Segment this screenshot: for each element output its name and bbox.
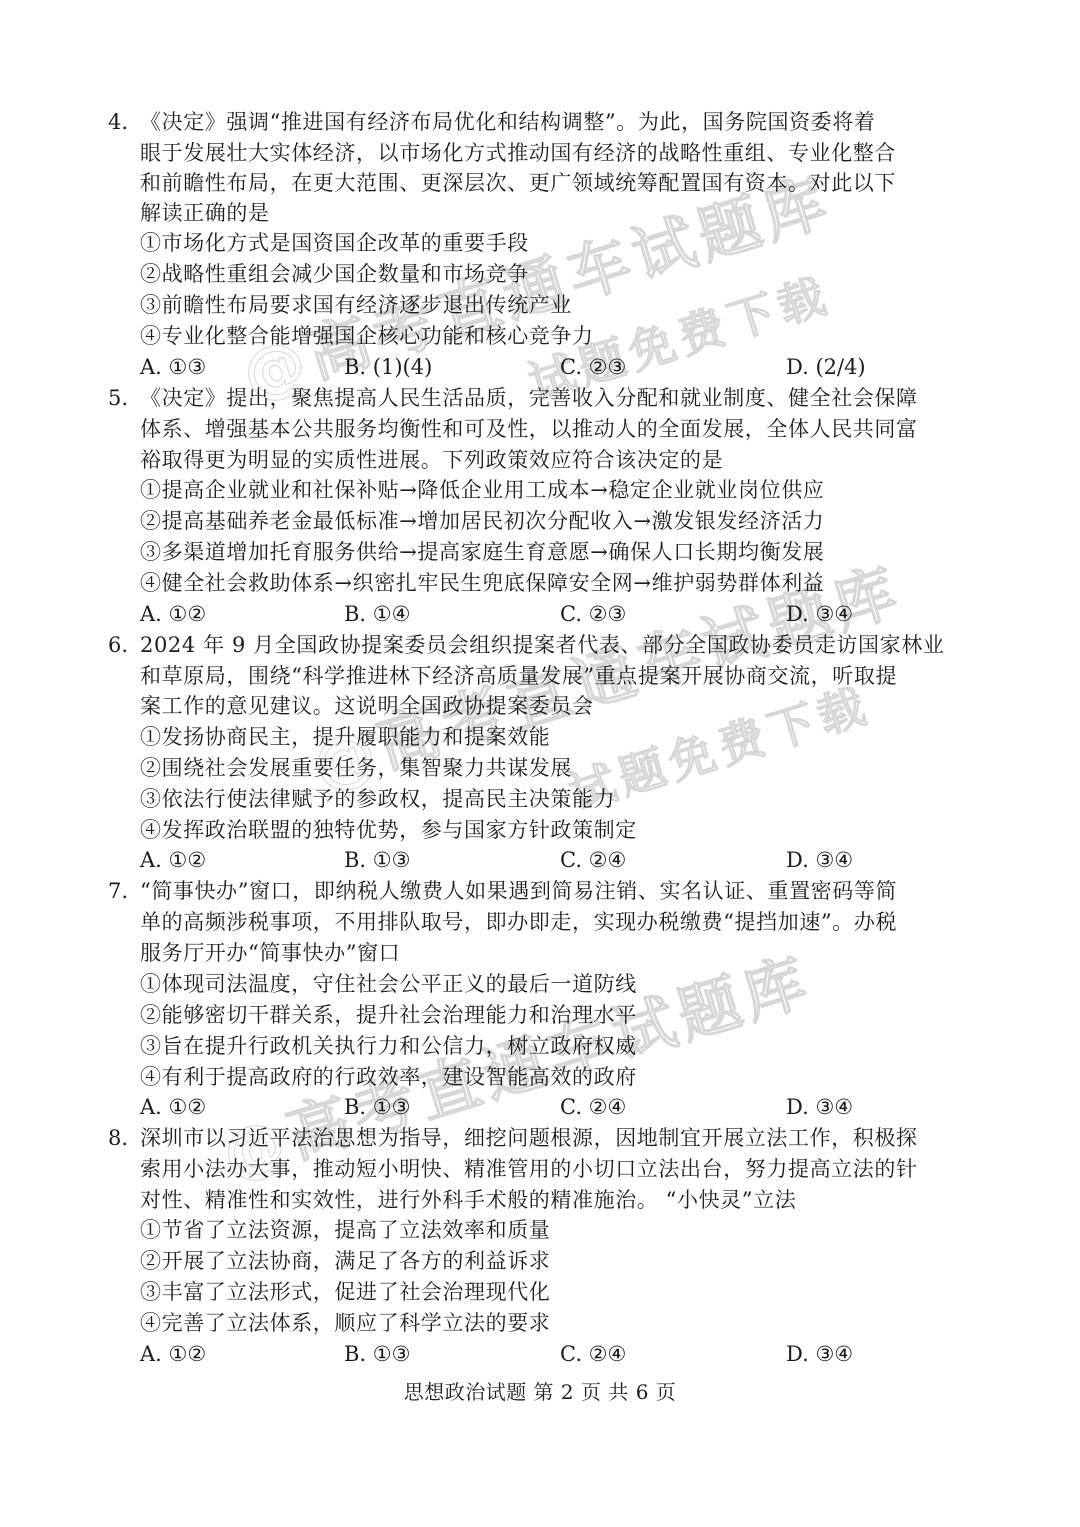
question-stem-line: 案工作的意见建议。这说明全国政协提案委员会 [140, 691, 594, 721]
statement: ①提高企业就业和社保补贴→降低企业用工成本→稳定企业就业岗位供应 [140, 475, 824, 505]
statement: ②能够密切干群关系，提升社会治理能力和治理水平 [140, 1000, 637, 1030]
choice-c: C. ②③ [560, 599, 626, 629]
choice-d: D. ③④ [786, 599, 853, 629]
statement: ①体现司法温度，守住社会公平正义的最后一道防线 [140, 969, 637, 999]
statement: ④有利于提高政府的行政效率，建设智能高效的政府 [140, 1062, 637, 1092]
question-stem-line: 和前瞻性布局，在更大范围、更深层次、更广领域统筹配置国有资本。对此以下 [140, 168, 896, 198]
question-stem-line: 对性、精准性和实效性，进行外科手术般的精准施治。 “小快灵”立法 [140, 1185, 796, 1215]
statement: ④健全社会救助体系→织密扎牢民生兜底保障安全网→维护弱势群体利益 [140, 568, 824, 598]
choice-a: A. ①③ [140, 352, 206, 382]
choice-b: B. ①③ [344, 1339, 410, 1369]
question-stem-line: 服务厅开办“简事快办”窗口 [140, 938, 400, 968]
statement: ③前瞻性布局要求国有经济逐步退出传统产业 [140, 290, 572, 320]
statement: ③旨在提升行政机关执行力和公信力，树立政府权威 [140, 1031, 637, 1061]
question-stem-line: “简事快办”窗口，即纳税人缴费人如果遇到简易注销、实名认证、重置密码等简 [140, 876, 897, 906]
question-number: 5. [108, 383, 128, 413]
question-stem-line: 体系、增强基本公共服务均衡性和可及性，以推动人的全面发展，全体人民共同富 [140, 414, 918, 444]
choice-d: D. ③④ [786, 1339, 853, 1369]
statement: ②开展了立法协商，满足了各方的利益诉求 [140, 1246, 550, 1276]
question-stem-line: 和草原局，围绕“科学推进林下经济高质量发展”重点提案开展协商交流，听取提 [140, 661, 897, 691]
question-number: 4. [108, 107, 128, 137]
statement: ③依法行使法律赋予的参政权，提高民主决策能力 [140, 784, 615, 814]
exam-page: @高考直通车试题库 试题免费下载 @高考直通车试题库 试题免费下载 @高考直通车… [0, 0, 1080, 1527]
choice-c: C. ②④ [560, 845, 626, 875]
statement: ③多渠道增加托育服务供给→提高家庭生育意愿→确保人口长期均衡发展 [140, 537, 824, 567]
choice-d: D. ③④ [786, 1092, 853, 1122]
choice-d: D. ③④ [786, 845, 853, 875]
statement: ④专业化整合能增强国企核心功能和核心竞争力 [140, 321, 594, 351]
statement: ②战略性重组会减少国企数量和市场竞争 [140, 259, 529, 289]
statement: ④完善了立法体系，顺应了科学立法的要求 [140, 1308, 550, 1338]
choice-c: C. ②④ [560, 1339, 626, 1369]
statement: ②围绕社会发展重要任务，集智聚力共谋发展 [140, 753, 572, 783]
statement: ①节省了立法资源，提高了立法效率和质量 [140, 1215, 550, 1245]
choice-b: B. ①④ [344, 599, 410, 629]
question-stem-line: 《决定》强调“推进国有经济布局优化和结构调整”。为此，国务院国资委将着 [140, 107, 875, 137]
question-stem-line: 《决定》提出，聚焦提高人民生活品质，完善收入分配和就业制度、健全社会保障 [140, 383, 918, 413]
statement: ①发扬协商民主，提升履职能力和提案效能 [140, 722, 550, 752]
question-stem-line: 2024 年 9 月全国政协提案委员会组织提案者代表、部分全国政协委员走访国家林… [140, 630, 944, 660]
question-stem-line: 单的高频涉税事项，不用排队取号，即办即走，实现办税缴费“提挡加速”。办税 [140, 907, 897, 937]
question-stem-line: 裕取得更为明显的实质性进展。下列政策效应符合该决定的是 [140, 445, 723, 475]
question-stem-line: 索用小法办大事，推动短小明快、精准管用的小切口立法出台，努力提高立法的针 [140, 1154, 918, 1184]
choice-a: A. ①② [140, 1092, 206, 1122]
page-footer: 思想政治试题 第 2 页 共 6 页 [0, 1378, 1080, 1406]
question-number: 8. [108, 1123, 128, 1153]
statement: ②提高基础养老金最低标准→增加居民初次分配收入→激发银发经济活力 [140, 506, 824, 536]
choice-b: B. ①③ [344, 845, 410, 875]
choice-b: B. ①③ [344, 1092, 410, 1122]
question-number: 6. [108, 630, 128, 660]
statement: ①市场化方式是国资国企改革的重要手段 [140, 228, 529, 258]
choice-a: A. ①② [140, 845, 206, 875]
choice-c: C. ②③ [560, 352, 626, 382]
question-stem-line: 眼于发展壮大实体经济，以市场化方式推动国有经济的战略性重组、专业化整合 [140, 138, 896, 168]
choice-d: D. (2/4) [786, 352, 866, 382]
choice-a: A. ①② [140, 1339, 206, 1369]
question-stem-line: 深圳市以习近平法治思想为指导，细挖问题根源，因地制宜开展立法工作，积极探 [140, 1123, 918, 1153]
question-stem-line: 解读正确的是 [140, 198, 270, 228]
statement: ④发挥政治联盟的独特优势，参与国家方针政策制定 [140, 815, 637, 845]
choice-b: B. (1)(4) [344, 352, 432, 382]
choice-c: C. ②④ [560, 1092, 626, 1122]
statement: ③丰富了立法形式，促进了社会治理现代化 [140, 1277, 550, 1307]
question-number: 7. [108, 876, 128, 906]
choice-a: A. ①② [140, 599, 206, 629]
